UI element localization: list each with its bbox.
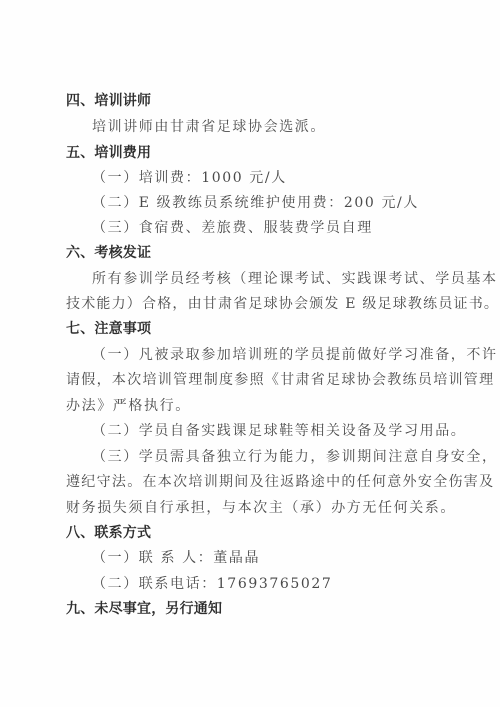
section-7-line-4: （二）学员自备实践课足球鞋等相关设备及学习用品。: [92, 422, 466, 440]
section-6-line-1: 所有参训学员经考核（理论课考试、实践课考试、学员基本: [92, 270, 498, 288]
section-6-heading: 六、考核发证: [66, 244, 151, 262]
fee-item-system: （二）E 级教练员系统维护使用费：200 元/人: [92, 194, 419, 212]
section-4-body: 培训讲师由甘肃省足球协会选派。: [92, 118, 326, 136]
fee-item-training: （一）培训费：1000 元/人: [92, 169, 287, 187]
section-9-heading: 九、未尽事宜，另行通知: [66, 600, 222, 618]
section-5-heading: 五、培训费用: [66, 144, 151, 162]
fee-item-self-paid: （三）食宿费、差旅费、服装费学员自理: [92, 219, 373, 237]
section-7-line-1: （一）凡被录取参加培训班的学员提前做好学习准备，不许: [92, 346, 498, 364]
section-7-line-5: （三）学员需具备独立行为能力，参训期间注意自身安全，: [92, 448, 498, 466]
section-7-line-3: 办法》严格执行。: [66, 397, 191, 415]
section-4-heading: 四、培训讲师: [66, 92, 151, 110]
section-7-line-7: 财务损失须自行承担，与本次主（承）办方无任何关系。: [66, 499, 456, 517]
section-6-line-2: 技术能力）合格，由甘肃省足球协会颁发 E 级足球教练员证书。: [66, 295, 499, 313]
section-8-heading: 八、联系方式: [66, 524, 151, 542]
section-7-line-6: 遵纪守法。在本次培训期间及往返路途中的任何意外安全伤害及: [66, 473, 494, 491]
section-7-heading: 七、注意事项: [66, 320, 151, 338]
section-7-line-2: 请假，本次培训管理制度参照《甘肃省足球协会教练员培训管理: [66, 371, 494, 389]
contact-phone: （二）联系电话：17693765027: [92, 575, 332, 593]
contact-person: （一）联 系 人：董晶晶: [92, 549, 260, 567]
document-page: 四、培训讲师 培训讲师由甘肃省足球协会选派。 五、培训费用 （一）培训费：100…: [0, 0, 500, 707]
